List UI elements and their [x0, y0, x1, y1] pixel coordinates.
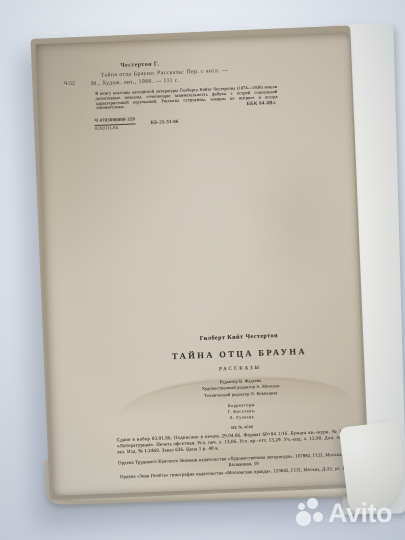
catalog-index-code: Ч-52 [64, 81, 75, 87]
avito-watermark: Avito [296, 498, 392, 528]
avito-dot-small-icon [298, 503, 305, 510]
catalog-author-heading: Честертон Г. [120, 61, 159, 68]
copyright-code-denominator: 028(01)-86 [95, 125, 136, 132]
colophon-block: Гилберт Кийт Честертон ТАЙНА ОТЦА БРАУНА… [113, 330, 370, 480]
book-title: ТАЙНА ОТЦА БРАУНА [113, 344, 365, 364]
avito-brand-text: Avito [328, 500, 392, 527]
photo-scene: Честертон Г. Ч-52 Тайна отца Брауна: Рас… [0, 0, 405, 540]
editor-credits: Редактор В. Фадеева Художественный редак… [115, 374, 368, 403]
kb-release-code: КБ-25-33-86 [150, 120, 178, 126]
avito-dot-large-icon [296, 511, 311, 526]
colophon-author: Гилберт Кийт Честертон [113, 330, 365, 346]
avito-logo-icon [296, 498, 325, 528]
avito-dot-right-icon [313, 512, 323, 522]
title-verso-page: Честертон Г. Ч-52 Тайна отца Брауна: Рас… [35, 32, 366, 496]
aging-stain-upper [240, 142, 356, 296]
avito-dot-top-icon [307, 498, 318, 509]
copyright-fraction-code: Ч 4703000000-359 028(01)-86 [94, 117, 135, 132]
